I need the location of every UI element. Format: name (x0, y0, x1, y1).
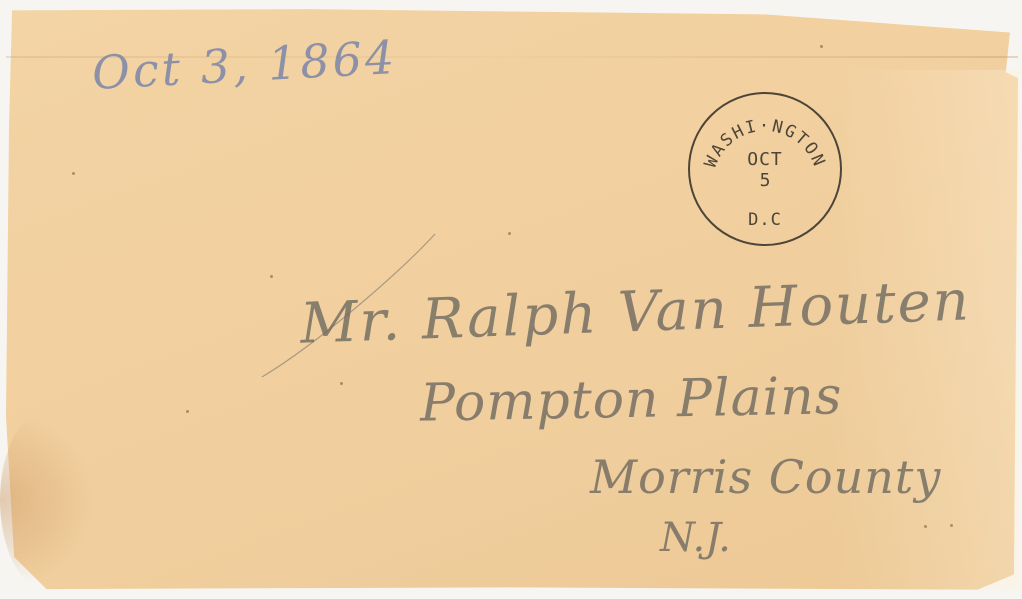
water-stain (0, 410, 95, 590)
foxing-spot (340, 382, 343, 385)
postmark-month: OCT (690, 149, 840, 170)
postmark-day: 5 (690, 170, 840, 191)
foxing-spot (924, 525, 927, 528)
postmark: WASHI·NGTON OCT 5 D.C (688, 92, 842, 246)
address-county: Morris County (590, 450, 941, 504)
foxing-spot (950, 524, 953, 527)
foxing-spot (186, 410, 189, 413)
foxing-spot (270, 275, 273, 278)
address-state: N.J. (660, 515, 731, 561)
foxing-spot (508, 232, 511, 235)
foxing-spot (72, 172, 75, 175)
address-town: Pompton Plains (420, 366, 843, 433)
postmark-state: D.C (690, 210, 840, 230)
foxing-spot (820, 45, 823, 48)
